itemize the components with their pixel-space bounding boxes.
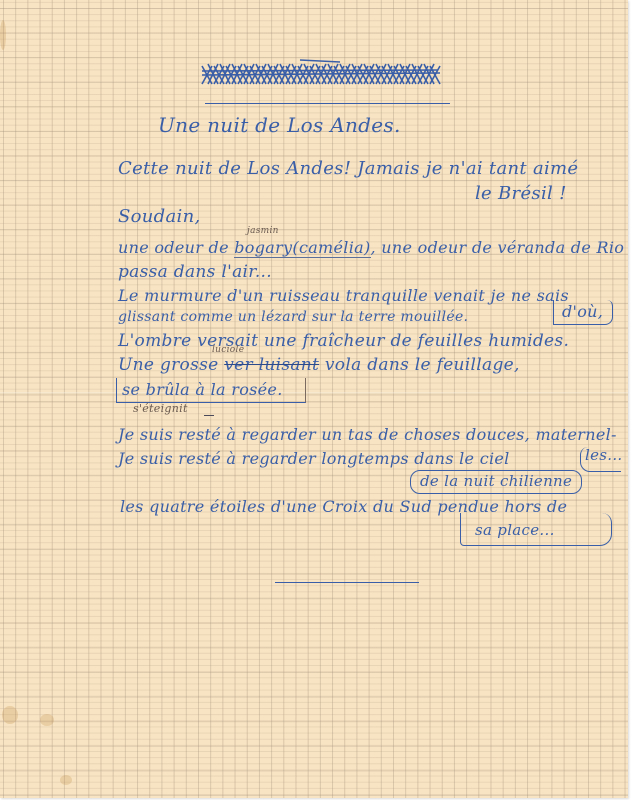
paper-stain [0, 20, 6, 50]
title-rule [205, 103, 450, 104]
annotation-jasmin: jasmin [247, 226, 279, 236]
line-10: Je suis resté à regarder un tas de chose… [118, 425, 617, 444]
line-7: L'ombre versait une fraîcheur de feuille… [118, 331, 569, 351]
paper-stain [60, 775, 72, 785]
annotation-luciole: luciole [212, 345, 244, 355]
paper-stain [40, 714, 54, 726]
annotation-seteignit: s'éteignit [133, 402, 188, 415]
line-8: Une grosse ver luisant vola dans le feui… [118, 355, 520, 375]
line-8-prefix: Une grosse [118, 355, 219, 375]
word-bogary: bogary [234, 238, 292, 258]
line-11: Je suis resté à regarder longtemps dans … [118, 449, 510, 468]
line-3-prefix: une odeur de [118, 238, 234, 257]
line-4: passa dans l'air... [118, 262, 272, 282]
dash-mark [204, 415, 214, 416]
insertion-dou: d'où, [562, 302, 603, 321]
line-9: se brûla à la rosée. [122, 380, 283, 399]
paper-stain [2, 706, 18, 724]
line-1-continuation: le Brésil ! [475, 183, 567, 204]
line-8-suffix: vola dans le feuillage, [319, 355, 520, 375]
line-3: une odeur de bogary(camélia), une odeur … [118, 238, 624, 257]
page-title: Une nuit de Los Andes. [158, 113, 401, 137]
struck-ver-luisant: ver luisant [224, 355, 319, 375]
paper-fold-crease [0, 392, 628, 395]
line-5: Le murmure d'un ruisseau tranquille vena… [118, 286, 569, 305]
insertion-nuit-chilienne: de la nuit chilienne [420, 472, 572, 490]
insertion-sa-place: sa place... [475, 521, 555, 539]
word-camelia: (camélia) [292, 238, 370, 258]
graph-paper-sheet: Une nuit de Los Andes. Cette nuit de Los… [0, 0, 628, 798]
line-1: Cette nuit de Los Andes! Jamais je n'ai … [118, 158, 578, 179]
line-6: glissant comme un lézard sur la terre mo… [118, 309, 468, 325]
closing-rule [275, 582, 419, 583]
continuation-les: les... [585, 446, 622, 464]
crossed-out-heading [200, 58, 446, 88]
line-2: Soudain, [118, 206, 201, 227]
line-3-suffix: , une odeur de véranda de Rio [371, 238, 625, 257]
